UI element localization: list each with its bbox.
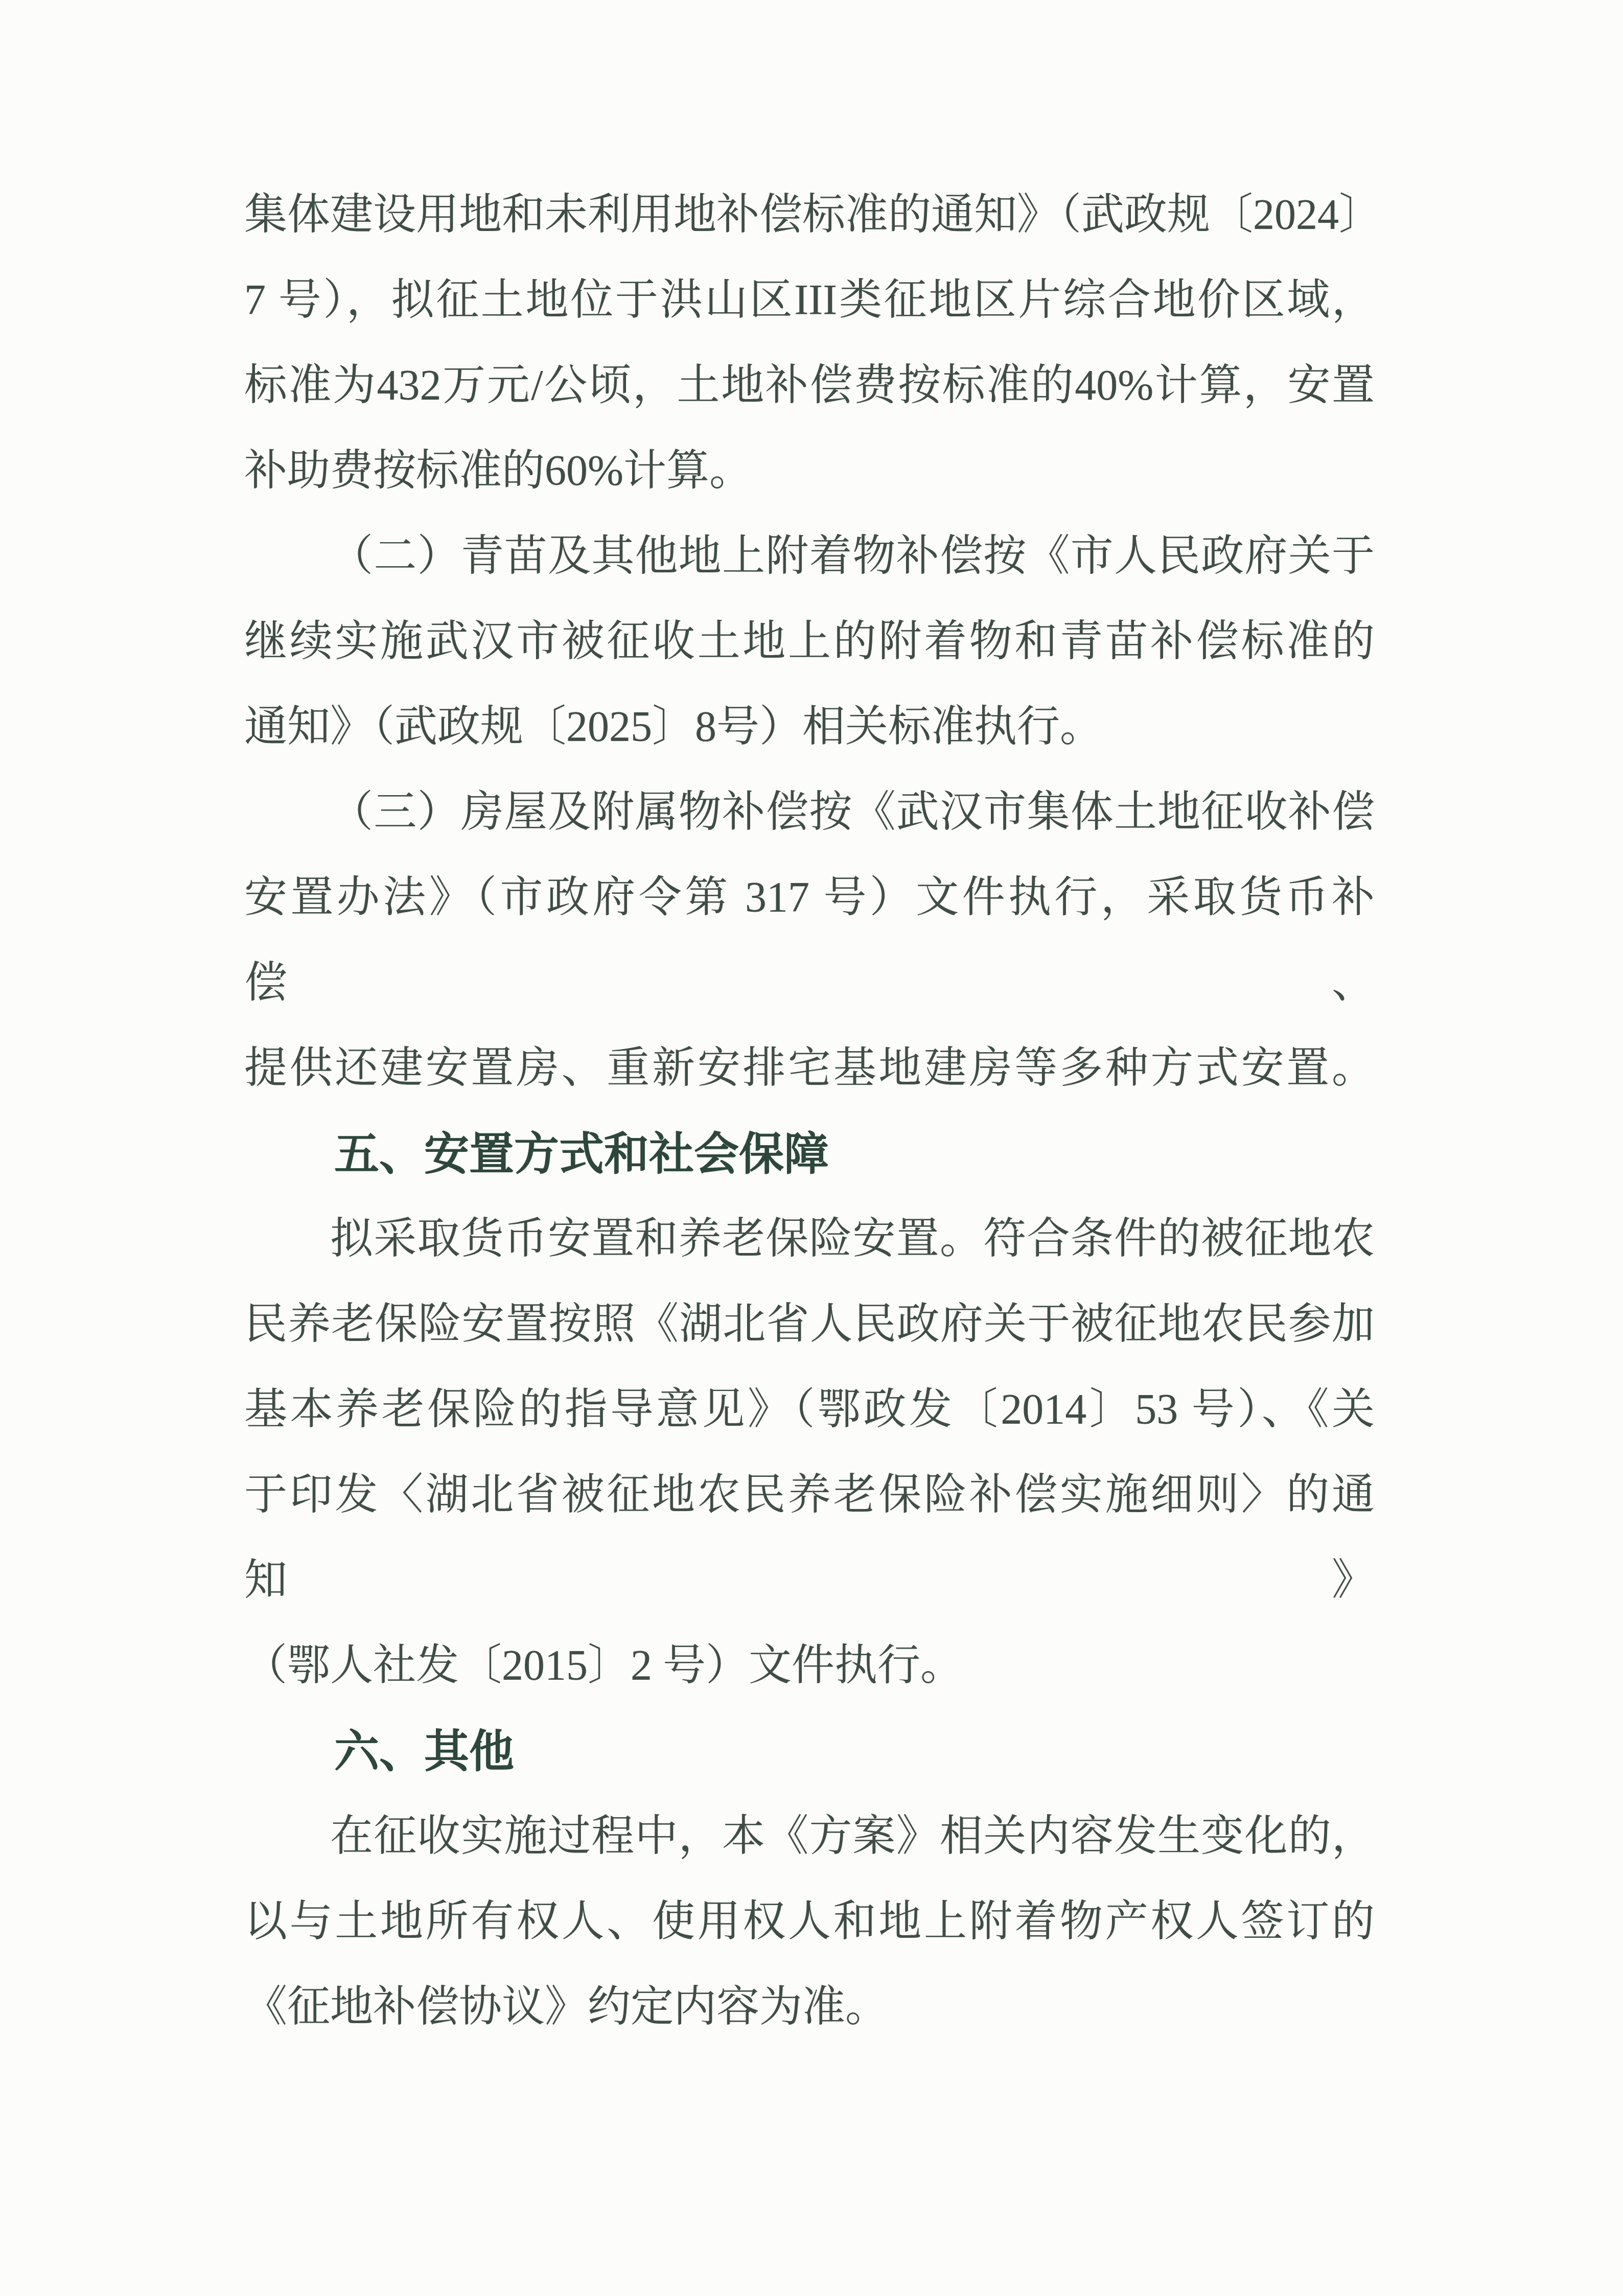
section-heading: 六、其他	[244, 1708, 1375, 1794]
text-line: 标准为432万元/公顷，土地补偿费按标准的40%计算，安置	[244, 343, 1375, 428]
document-page: 集体建设用地和未利用地补偿标准的通知》（武政规〔2024〕7 号），拟征土地位于…	[0, 0, 1623, 2296]
text-line: 于印发〈湖北省被征地农民养老保险补偿实施细则〉的通知》	[244, 1452, 1375, 1623]
text-line: 补助费按标准的60%计算。	[244, 428, 1375, 514]
text-line: 7 号），拟征土地位于洪山区III类征地区片综合地价区域，	[244, 258, 1375, 343]
document-body-text: 集体建设用地和未利用地补偿标准的通知》（武政规〔2024〕7 号），拟征土地位于…	[244, 172, 1375, 2050]
text-line: 基本养老保险的指导意见》（鄂政发〔2014〕53 号）、《关	[244, 1367, 1375, 1452]
text-line: 安置办法》（市政府令第 317 号）文件执行，采取货币补偿、	[244, 855, 1375, 1026]
text-line: 提供还建安置房、重新安排宅基地建房等多种方式安置。	[244, 1026, 1375, 1111]
text-line: 拟采取货币安置和养老保险安置。符合条件的被征地农	[244, 1196, 1375, 1282]
text-line: 《征地补偿协议》约定内容为准。	[244, 1964, 1375, 2050]
text-line: 通知》（武政规〔2025〕8号）相关标准执行。	[244, 684, 1375, 770]
text-line: 民养老保险安置按照《湖北省人民政府关于被征地农民参加	[244, 1282, 1375, 1367]
text-line: 以与土地所有权人、使用权人和地上附着物产权人签订的	[244, 1879, 1375, 1964]
text-line: （鄂人社发〔2015〕2 号）文件执行。	[244, 1623, 1375, 1708]
section-heading: 五、安置方式和社会保障	[244, 1111, 1375, 1196]
text-line: （三）房屋及附属物补偿按《武汉市集体土地征收补偿	[244, 770, 1375, 855]
text-line: 继续实施武汉市被征收土地上的附着物和青苗补偿标准的	[244, 599, 1375, 684]
text-line: （二）青苗及其他地上附着物补偿按《市人民政府关于	[244, 514, 1375, 599]
text-line: 在征收实施过程中，本《方案》相关内容发生变化的，	[244, 1794, 1375, 1879]
scanned-document-page: { "page": { "background_color": "#fcfcfa…	[0, 0, 1623, 2296]
text-line: 集体建设用地和未利用地补偿标准的通知》（武政规〔2024〕	[244, 172, 1375, 258]
